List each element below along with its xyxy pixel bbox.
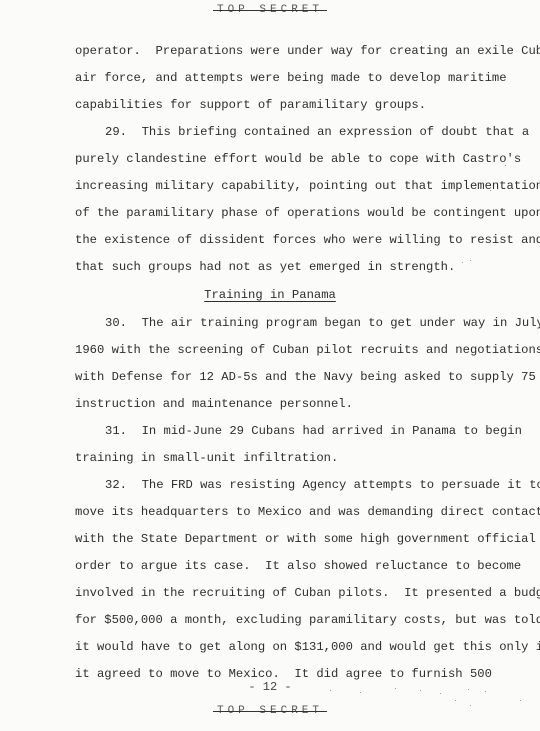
- document-line: operator. Preparations were under way fo…: [75, 44, 540, 58]
- classification-marking-top: TOP SECRET: [0, 4, 540, 16]
- scan-speck: [485, 691, 486, 692]
- scan-speck: [440, 693, 441, 694]
- document-line: order to argue its case. It also showed …: [75, 559, 521, 573]
- document-page: TOP SECRET operator. Preparations were u…: [0, 0, 540, 731]
- document-line: with Defense for 12 AD-5s and the Navy b…: [75, 370, 536, 384]
- document-line: that such groups had not as yet emerged …: [75, 260, 455, 274]
- section-heading-text: Training in Panama: [204, 288, 336, 302]
- document-line: capabilities for support of paramilitary…: [75, 98, 426, 112]
- document-line: the existence of dissident forces who we…: [75, 233, 540, 247]
- document-line: it agreed to move to Mexico. It did agre…: [75, 667, 492, 681]
- scan-speck: [330, 690, 331, 691]
- section-heading: Training in Panama: [0, 288, 540, 302]
- document-line: 29. This briefing contained an expressio…: [105, 125, 529, 139]
- classification-marking-bottom: TOP SECRET: [0, 705, 540, 717]
- scan-speck: [455, 700, 456, 701]
- scan-speck: [420, 690, 421, 691]
- document-line: 31. In mid-June 29 Cubans had arrived in…: [105, 424, 522, 438]
- page-number: - 12 -: [0, 680, 540, 694]
- scan-speck: [395, 688, 396, 689]
- scan-speck: [520, 700, 521, 701]
- scan-speck: [505, 165, 506, 166]
- document-line: for $500,000 a month, excluding paramili…: [75, 613, 540, 627]
- document-line: air force, and attempts were being made …: [75, 71, 507, 85]
- document-line: instruction and maintenance personnel.: [75, 397, 353, 411]
- scan-speck: [490, 190, 491, 191]
- document-line: 32. The FRD was resisting Agency attempt…: [105, 478, 540, 492]
- document-line: move its headquarters to Mexico and was …: [75, 505, 540, 519]
- classification-text-top: TOP SECRET: [213, 4, 327, 16]
- scan-speck: [468, 689, 469, 690]
- document-line: of the paramilitary phase of operations …: [75, 206, 540, 220]
- scan-speck: [462, 262, 463, 263]
- document-line: increasing military capability, pointing…: [75, 179, 540, 193]
- scan-speck: [470, 260, 471, 261]
- document-line: involved in the recruiting of Cuban pilo…: [75, 586, 540, 600]
- document-line: it would have to get along on $131,000 a…: [75, 640, 540, 654]
- document-line: training in small-unit infiltration.: [75, 451, 338, 465]
- document-line: with the State Department or with some h…: [75, 532, 540, 546]
- scan-speck: [360, 692, 361, 693]
- document-line: 1960 with the screening of Cuban pilot r…: [75, 343, 540, 357]
- classification-text-bottom: TOP SECRET: [213, 705, 327, 717]
- scan-speck: [470, 705, 471, 706]
- document-line: 30. The air training program began to ge…: [105, 316, 540, 330]
- document-line: purely clandestine effort would be able …: [75, 152, 521, 166]
